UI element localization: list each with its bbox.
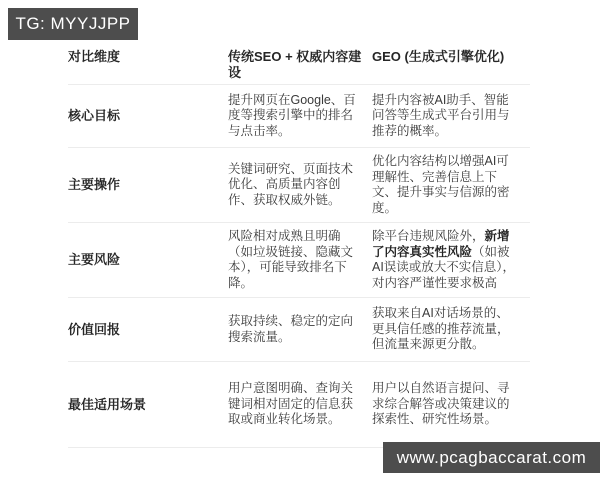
table-row-best-scenarios: 最佳适用场景 用户意图明确、查询关键词相对固定的信息获取或商业转化场景。 用户以… [68,362,530,448]
row-label: 主要风险 [68,246,228,274]
website-watermark-badge: www.pcagbaccarat.com [383,442,600,473]
seo-geo-comparison-table: 对比维度 传统SEO + 权威内容建设 GEO (生成式引擎优化) 核心目标 提… [68,45,530,448]
row-label: 最佳适用场景 [68,391,228,419]
seo-cell: 获取持续、稳定的定向搜索流量。 [228,308,372,351]
website-watermark-text: www.pcagbaccarat.com [397,448,587,468]
seo-cell: 风险相对成熟且明确（如垃圾链接、隐藏文本），可能导致排名下降。 [228,223,372,297]
row-label: 价值回报 [68,316,228,344]
telegram-watermark-badge: TG: MYYJJPP [8,8,138,40]
header-dimension: 对比维度 [68,45,228,69]
table-row-value-return: 价值回报 获取持续、稳定的定向搜索流量。 获取来自AI对话场景的、更具信任感的推… [68,298,530,362]
table-row-main-operations: 主要操作 关键词研究、页面技术优化、高质量内容创作、获取权威外链。 优化内容结构… [68,148,530,223]
header-traditional-seo: 传统SEO + 权威内容建设 [228,45,372,84]
geo-cell: 除平台违规风险外，新增了内容真实性风险（如被AI误读或放大不实信息），对内容严谨… [372,223,530,297]
seo-cell: 关键词研究、页面技术优化、高质量内容创作、获取权威外链。 [228,156,372,215]
seo-cell: 用户意图明确、查询关键词相对固定的信息获取或商业转化场景。 [228,375,372,434]
table-header-row: 对比维度 传统SEO + 权威内容建设 GEO (生成式引擎优化) [68,45,530,85]
header-geo: GEO (生成式引擎优化) [372,45,530,69]
geo-cell: 用户以自然语言提问、寻求综合解答或决策建议的探索性、研究性场景。 [372,375,530,434]
geo-risk-prefix: 除平台违规风险外， [372,229,485,243]
seo-cell: 提升网页在Google、百度等搜索引擎中的排名与点击率。 [228,87,372,146]
table-row-core-goal: 核心目标 提升网页在Google、百度等搜索引擎中的排名与点击率。 提升内容被A… [68,85,530,148]
row-label: 核心目标 [68,102,228,130]
table-row-main-risks: 主要风险 风险相对成熟且明确（如垃圾链接、隐藏文本），可能导致排名下降。 除平台… [68,223,530,298]
geo-cell: 提升内容被AI助手、智能问答等生成式平台引用与推荐的概率。 [372,87,530,146]
geo-cell: 获取来自AI对话场景的、更具信任感的推荐流量，但流量来源更分散。 [372,300,530,359]
row-label: 主要操作 [68,171,228,199]
telegram-watermark-text: TG: MYYJJPP [15,14,130,34]
geo-cell: 优化内容结构以增强AI可理解性、完善信息上下文、提升事实与信源的密度。 [372,148,530,222]
